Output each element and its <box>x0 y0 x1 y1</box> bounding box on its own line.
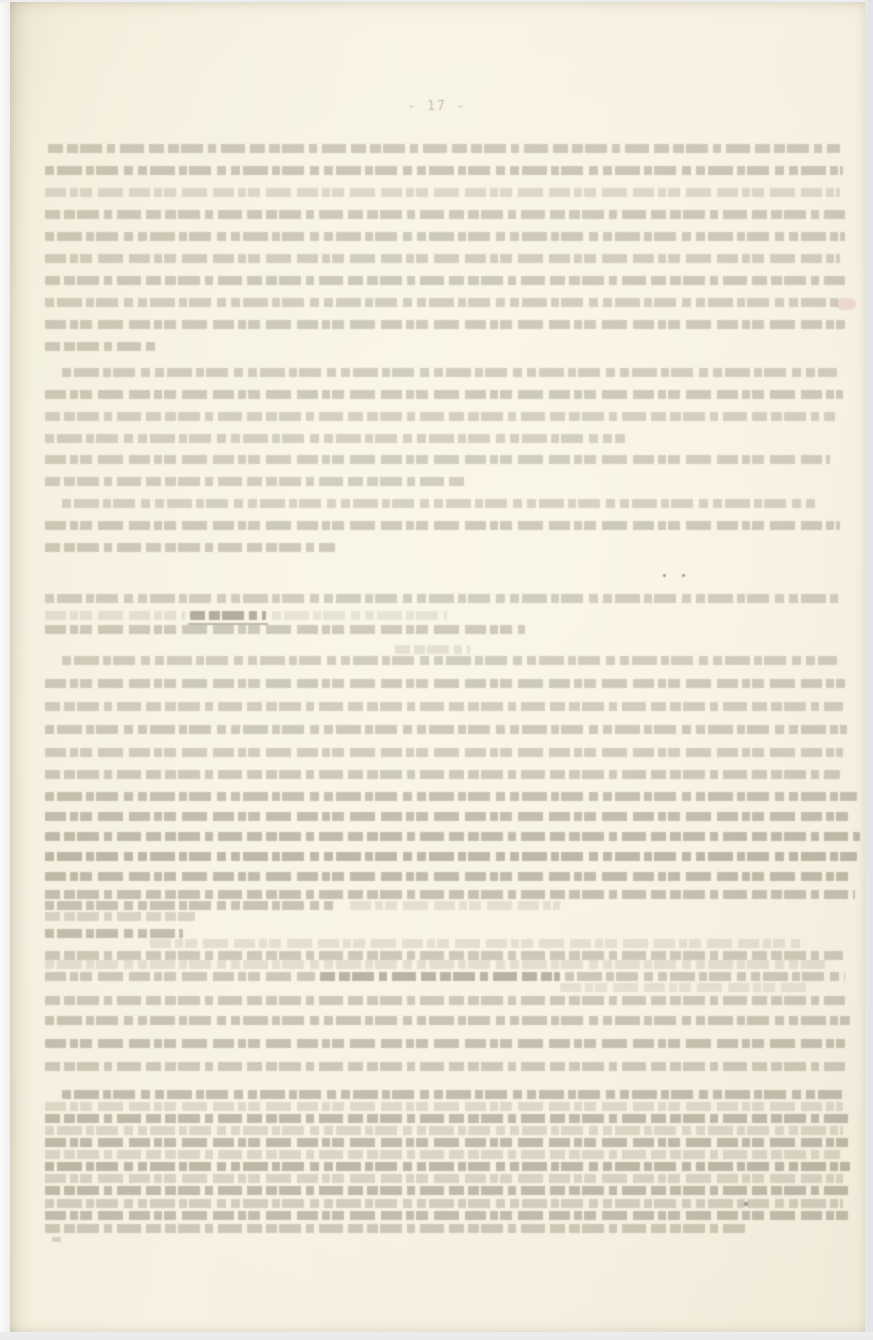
scanned-document-image: - 17 - <box>0 0 873 1340</box>
scan-edge-bottom <box>0 1332 873 1340</box>
scan-edge-right <box>865 0 873 1340</box>
scan-edge-left <box>0 0 10 1340</box>
paper-sheet <box>10 2 865 1332</box>
